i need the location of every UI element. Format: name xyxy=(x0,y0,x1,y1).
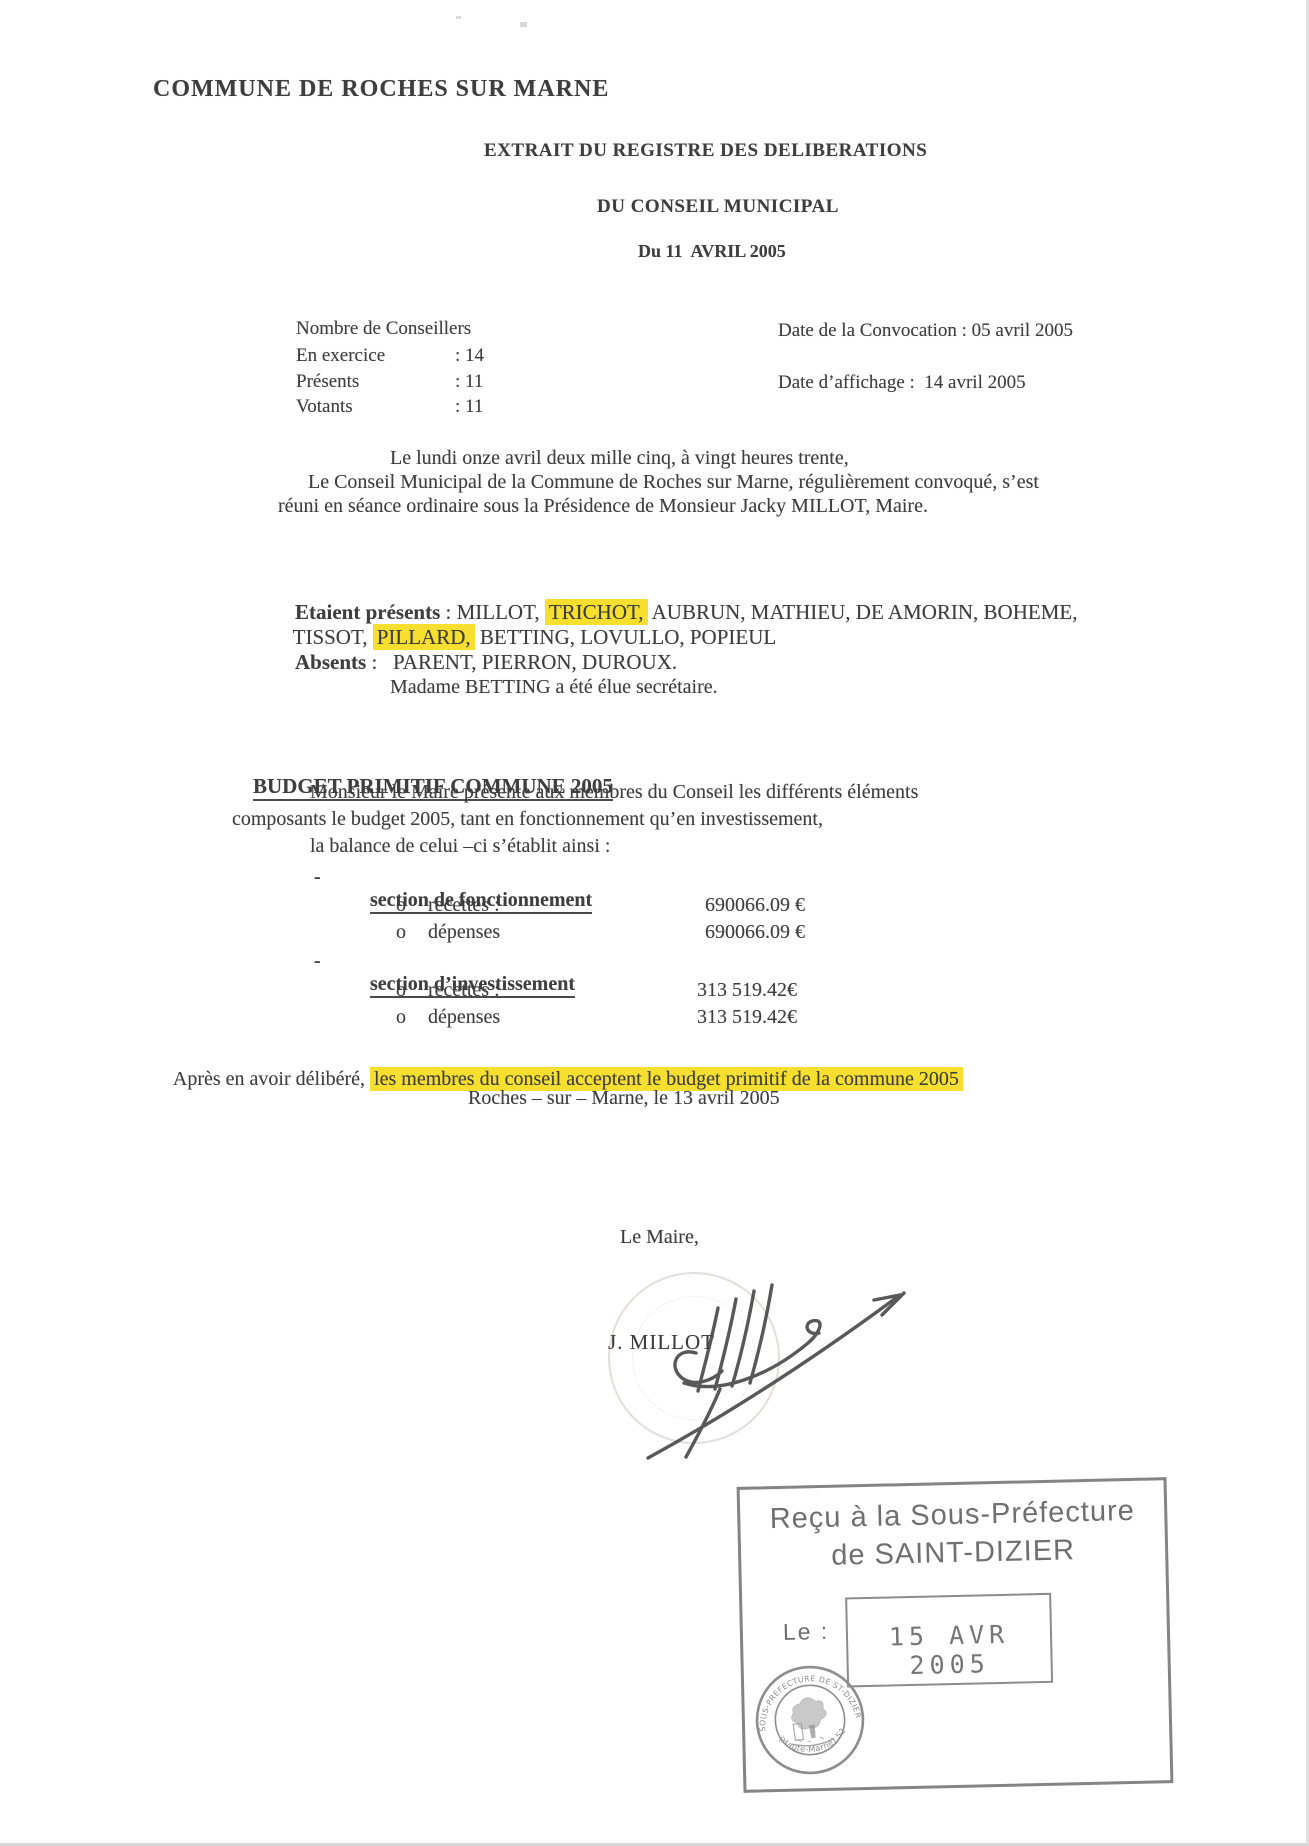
stamp-line2: de SAINT-DIZIER xyxy=(741,1532,1166,1575)
scanned-document-page: COMMUNE DE ROCHES SUR MARNE EXTRAIT DU R… xyxy=(0,0,1309,1846)
absent-label: Absents xyxy=(295,650,366,674)
budget-para3: la balance de celui –ci s’établit ainsi … xyxy=(310,835,610,858)
row1-bullet: o xyxy=(396,894,406,917)
signature-handwriting xyxy=(600,1243,940,1473)
row2-value: 690066.09 € xyxy=(705,921,805,944)
row3-value: 313 519.42€ xyxy=(697,979,797,1002)
budget-para2: composants le budget 2005, tant en fonct… xyxy=(232,808,823,831)
intro-line2: Le Conseil Municipal de la Commune de Ro… xyxy=(308,471,1039,494)
stamp-date-box: 15 AVR 2005 xyxy=(845,1593,1053,1688)
place-date-line: Roches – sur – Marne, le 13 avril 2005 xyxy=(468,1087,780,1110)
stamp-date: 15 AVR 2005 xyxy=(848,1619,1051,1682)
counter-value-exercice: : 14 xyxy=(455,345,484,367)
absent-value: : PARENT, PIERRON, DUROUX. xyxy=(366,650,677,674)
counter-value-presents: : 11 xyxy=(455,371,483,393)
session-date: Du 11 AVRIL 2005 xyxy=(638,241,786,262)
row2-bullet: o xyxy=(396,921,406,944)
section2-dash: - xyxy=(314,950,321,973)
subprefecture-round-seal: ★ SOUS-PREFECTURE DE ST-DIZIER ★ (Haute-… xyxy=(747,1657,873,1783)
row3-label: recettes : xyxy=(428,979,500,1002)
scan-speck xyxy=(456,16,461,19)
stamp-le-label: Le : xyxy=(783,1618,830,1646)
intro-line1: Le lundi onze avril deux mille cinq, à v… xyxy=(390,447,849,470)
counter-value-votants: : 11 xyxy=(455,396,483,418)
stamp-line1: Reçu à la Sous-Préfecture xyxy=(740,1494,1165,1537)
date-affichage: Date d’affichage : 14 avril 2005 xyxy=(778,372,1026,394)
secretary-line: Madame BETTING a été élue secrétaire. xyxy=(390,676,718,699)
intro-line3: réuni en séance ordinaire sous la Présid… xyxy=(278,495,928,518)
commune-title: COMMUNE DE ROCHES SUR MARNE xyxy=(153,76,609,104)
counter-label-votants: Votants xyxy=(296,396,353,418)
decision-pre: Après en avoir délibéré, xyxy=(173,1068,370,1090)
doc-title-line2: DU CONSEIL MUNICIPAL xyxy=(597,196,839,218)
row3-bullet: o xyxy=(396,979,406,1002)
row4-label: dépenses xyxy=(428,1006,500,1029)
counter-label-presents: Présents xyxy=(296,371,359,393)
counter-label-exercice: En exercice xyxy=(296,345,385,367)
counters-heading: Nombre de Conseillers xyxy=(296,318,471,340)
row2-label: dépenses xyxy=(428,921,500,944)
row4-bullet: o xyxy=(396,1006,406,1029)
doc-title-line1: EXTRAIT DU REGISTRE DES DELIBERATIONS xyxy=(484,140,927,162)
row4-value: 313 519.42€ xyxy=(697,1006,797,1029)
scan-speck xyxy=(520,22,527,27)
section1-dash: - xyxy=(314,866,321,889)
date-convocation: Date de la Convocation : 05 avril 2005 xyxy=(778,320,1073,342)
row1-value: 690066.09 € xyxy=(705,894,805,917)
budget-para1: Monsieur le Maire présente aux membres d… xyxy=(310,781,918,804)
row1-label: recettes : xyxy=(428,894,500,917)
